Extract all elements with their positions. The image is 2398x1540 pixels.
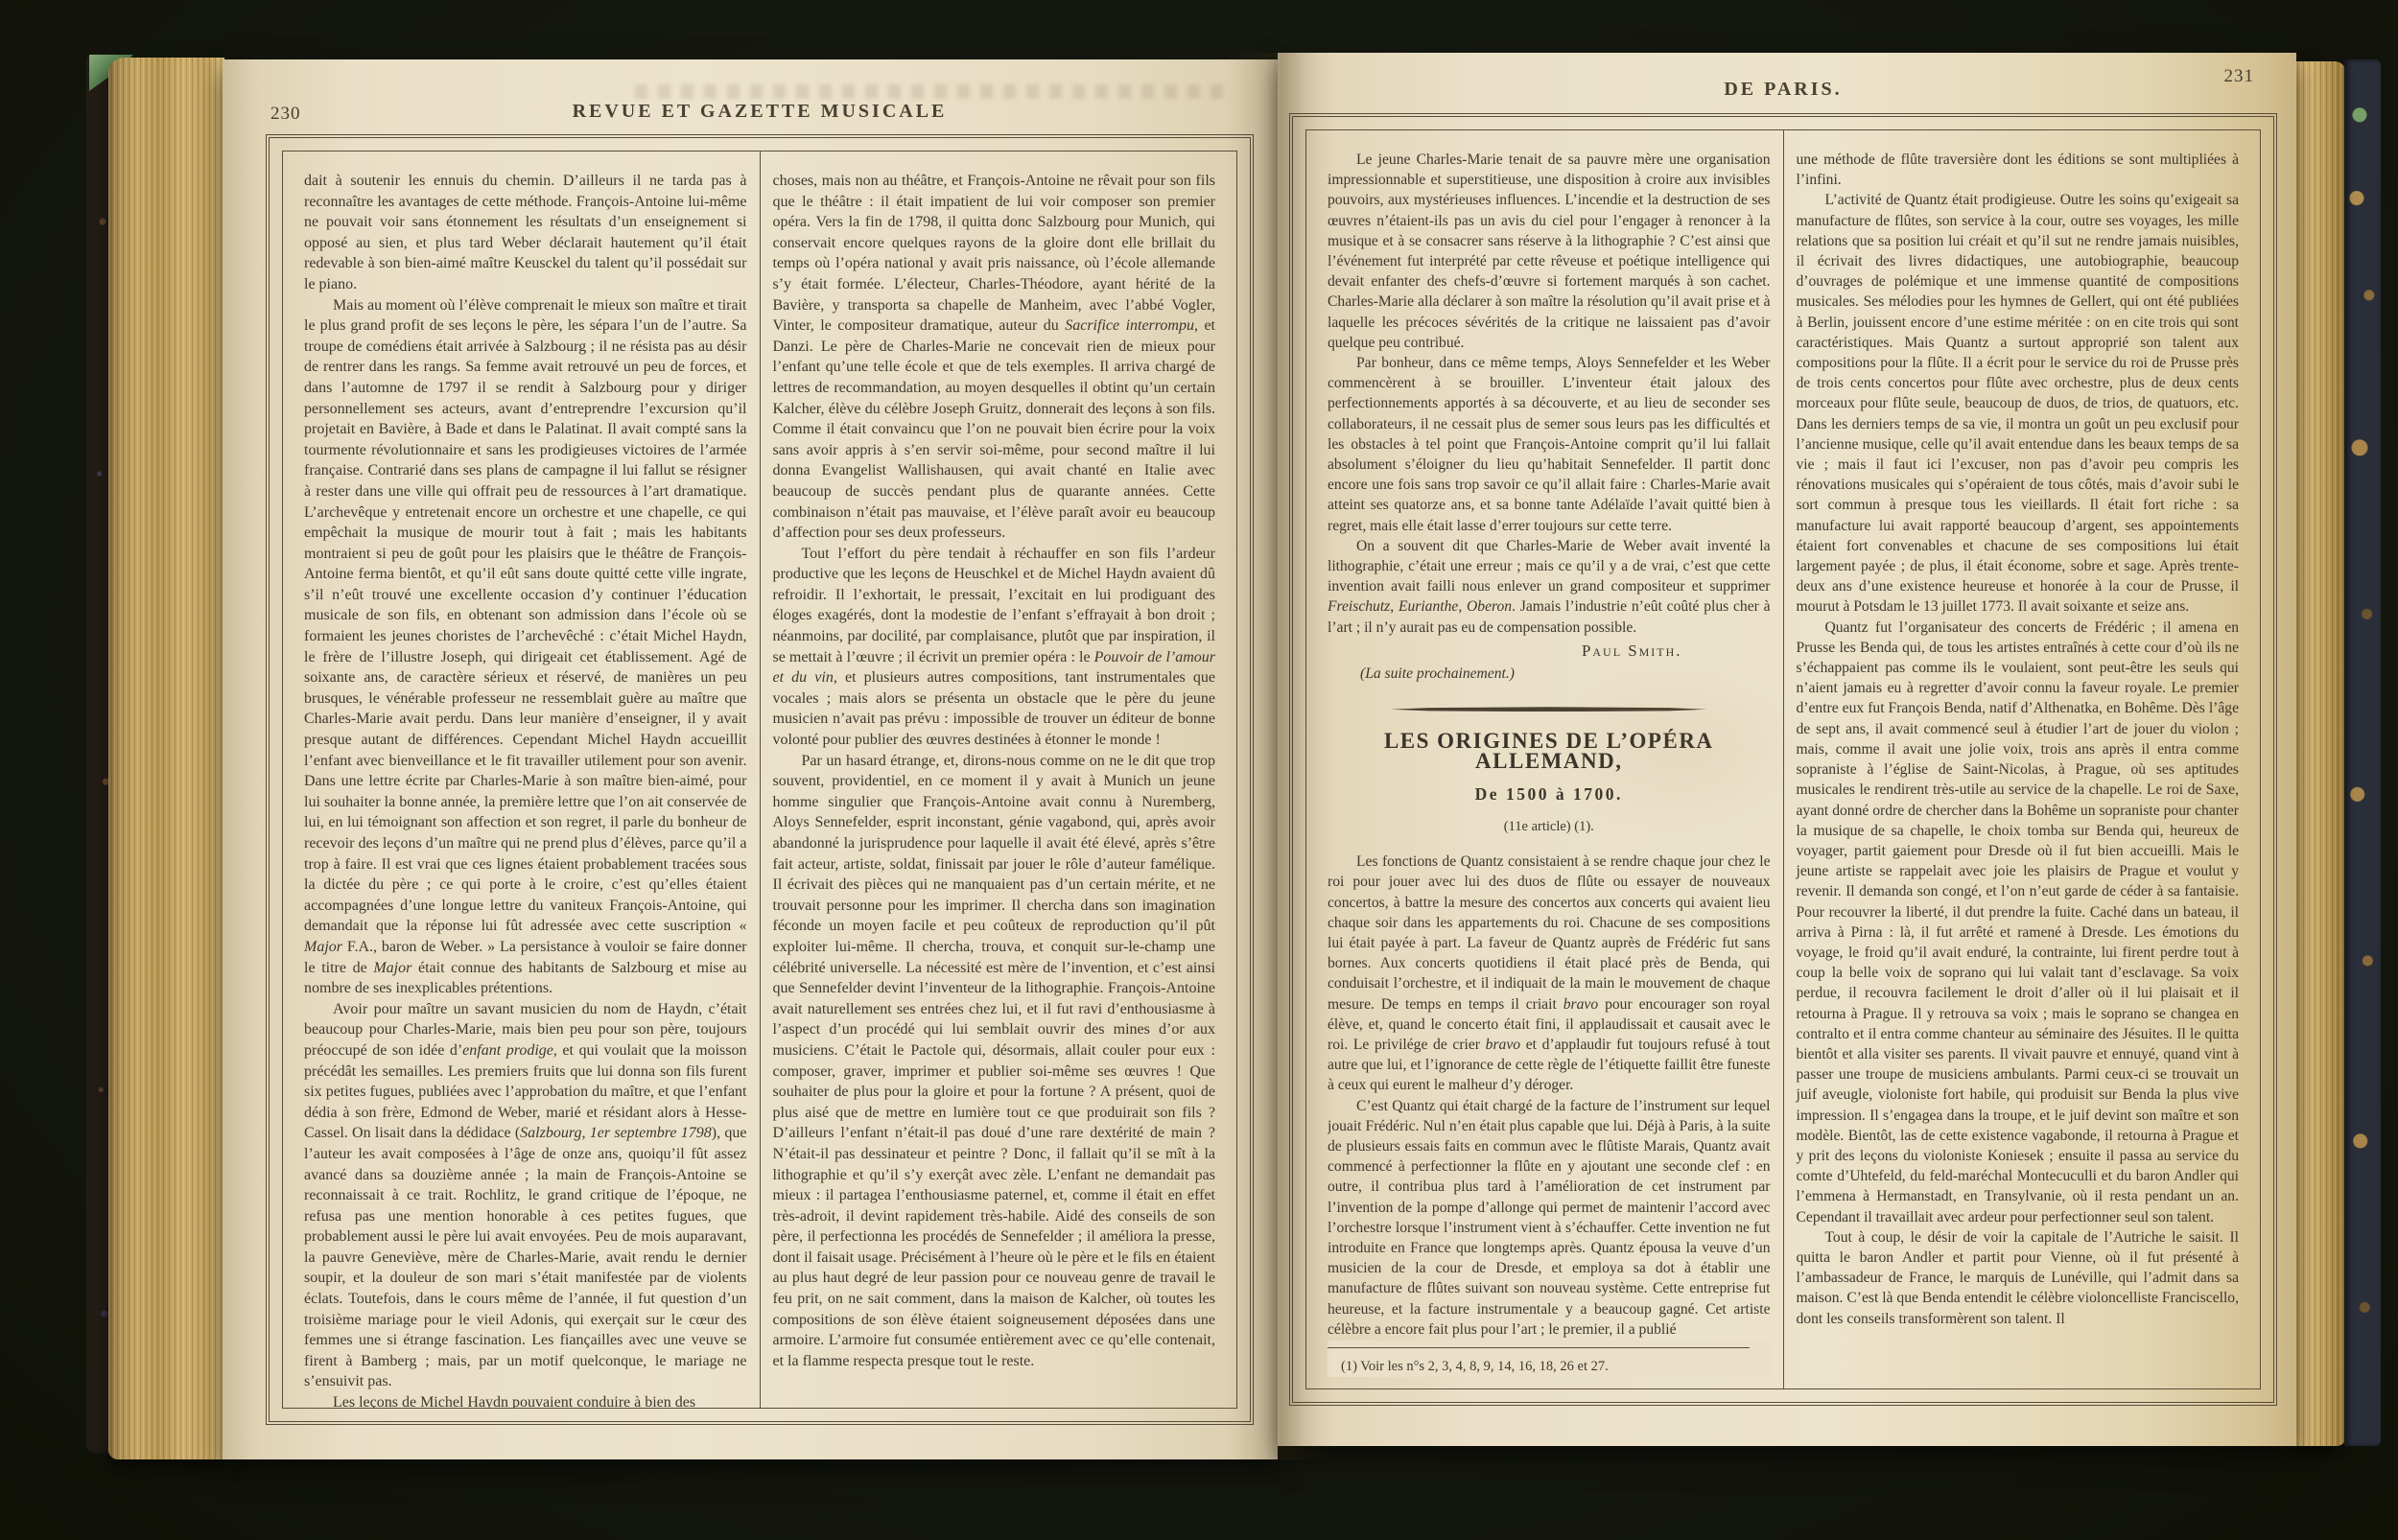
block-note: (La suite prochainement.) [1328,664,1771,684]
right-page-frame: Le jeune Charles-Marie tenait de sa pauv… [1289,113,2277,1406]
footnote: (1) Voir les n°s 2, 3, 4, 8, 9, 14, 16, … [1328,1341,1770,1377]
left-page-frame-mid: dait à soutenir les ennuis du chemin. D’… [269,137,1251,1422]
block-para: Quantz fut l’organisateur des concerts d… [1797,618,2240,1227]
block-para: Tout l’effort du père tendait à réchauff… [773,544,1216,751]
block-article-note: (11e article) (1). [1328,817,1771,837]
block-heading: LES ORIGINES DE L’OPÉRA ALLEMAND, [1328,731,1771,771]
right-page-frame-inner: Le jeune Charles-Marie tenait de sa pauv… [1305,129,2261,1389]
book-cover-edge-right [2344,59,2381,1446]
block-para-cont: choses, mais non au théâtre, et François… [773,171,1216,544]
right-page-column-2: une méthode de flûte traversière dont le… [1783,130,2261,1388]
left-page: 230 REVUE ET GAZETTE MUSICALE dait à sou… [223,59,1278,1459]
block-para: Par bonheur, dans ce même temps, Aloys S… [1328,353,1771,536]
running-head-left: REVUE ET GAZETTE MUSICALE [266,101,1254,123]
block-signature: Paul Smith. [1328,641,1771,661]
block-para-cont: dait à soutenir les ennuis du chemin. D’… [304,171,747,295]
right-page-columns: Le jeune Charles-Marie tenait de sa pauv… [1306,130,2260,1388]
left-page-frame: dait à soutenir les ennuis du chemin. D’… [266,134,1254,1425]
left-page-column-1: dait à soutenir les ennuis du chemin. D’… [283,152,760,1408]
right-page-column-1: Le jeune Charles-Marie tenait de sa pauv… [1306,130,1783,1388]
block-para: Mais au moment où l’élève comprenait le … [304,295,747,999]
block-para: On a souvent dit que Charles-Marie de We… [1328,536,1771,638]
page-stack-left [108,58,224,1459]
block-para: L’activité de Quantz était prodigieuse. … [1797,190,2240,617]
scan-background: 230 REVUE ET GAZETTE MUSICALE dait à sou… [0,0,2398,1540]
left-page-columns: dait à soutenir les ennuis du chemin. D’… [283,152,1236,1408]
block-para: Les leçons de Michel Haydn pouvaient con… [304,1392,747,1408]
block-para: C’est Quantz qui était chargé de la fact… [1328,1096,1771,1340]
block-para: Par un hasard étrange, et, dirons-nous c… [773,751,1216,1372]
footnote-text: (1) Voir les n°s 2, 3, 4, 8, 9, 14, 16, … [1328,1357,1770,1377]
ink-bleed-ghost [635,84,1230,99]
left-page-frame-inner: dait à soutenir les ennuis du chemin. D’… [282,151,1237,1409]
block-para: Tout à coup, le désir de voir la capital… [1797,1227,2240,1329]
block-subheading: De 1500 à 1700. [1328,784,1771,805]
running-head-right: DE PARIS. [1289,79,2277,101]
block-separator [1391,707,1707,712]
page-stack-right [2294,61,2346,1446]
block-para-cont: une méthode de flûte traversière dont le… [1797,150,2240,190]
right-page-frame-mid: Le jeune Charles-Marie tenait de sa pauv… [1292,116,2274,1403]
block-para: Avoir pour maître un savant musicien du … [304,999,747,1392]
right-page: 231 DE PARIS. Le jeune Charles-Marie ten… [1278,53,2296,1446]
footnote-rule [1328,1347,1750,1348]
block-para: Les fonctions de Quantz consistaient à s… [1328,852,1771,1095]
left-page-column-2: choses, mais non au théâtre, et François… [760,152,1237,1408]
block-para: Le jeune Charles-Marie tenait de sa pauv… [1328,150,1771,353]
right-page-column-1-text: Le jeune Charles-Marie tenait de sa pauv… [1328,150,1771,1373]
